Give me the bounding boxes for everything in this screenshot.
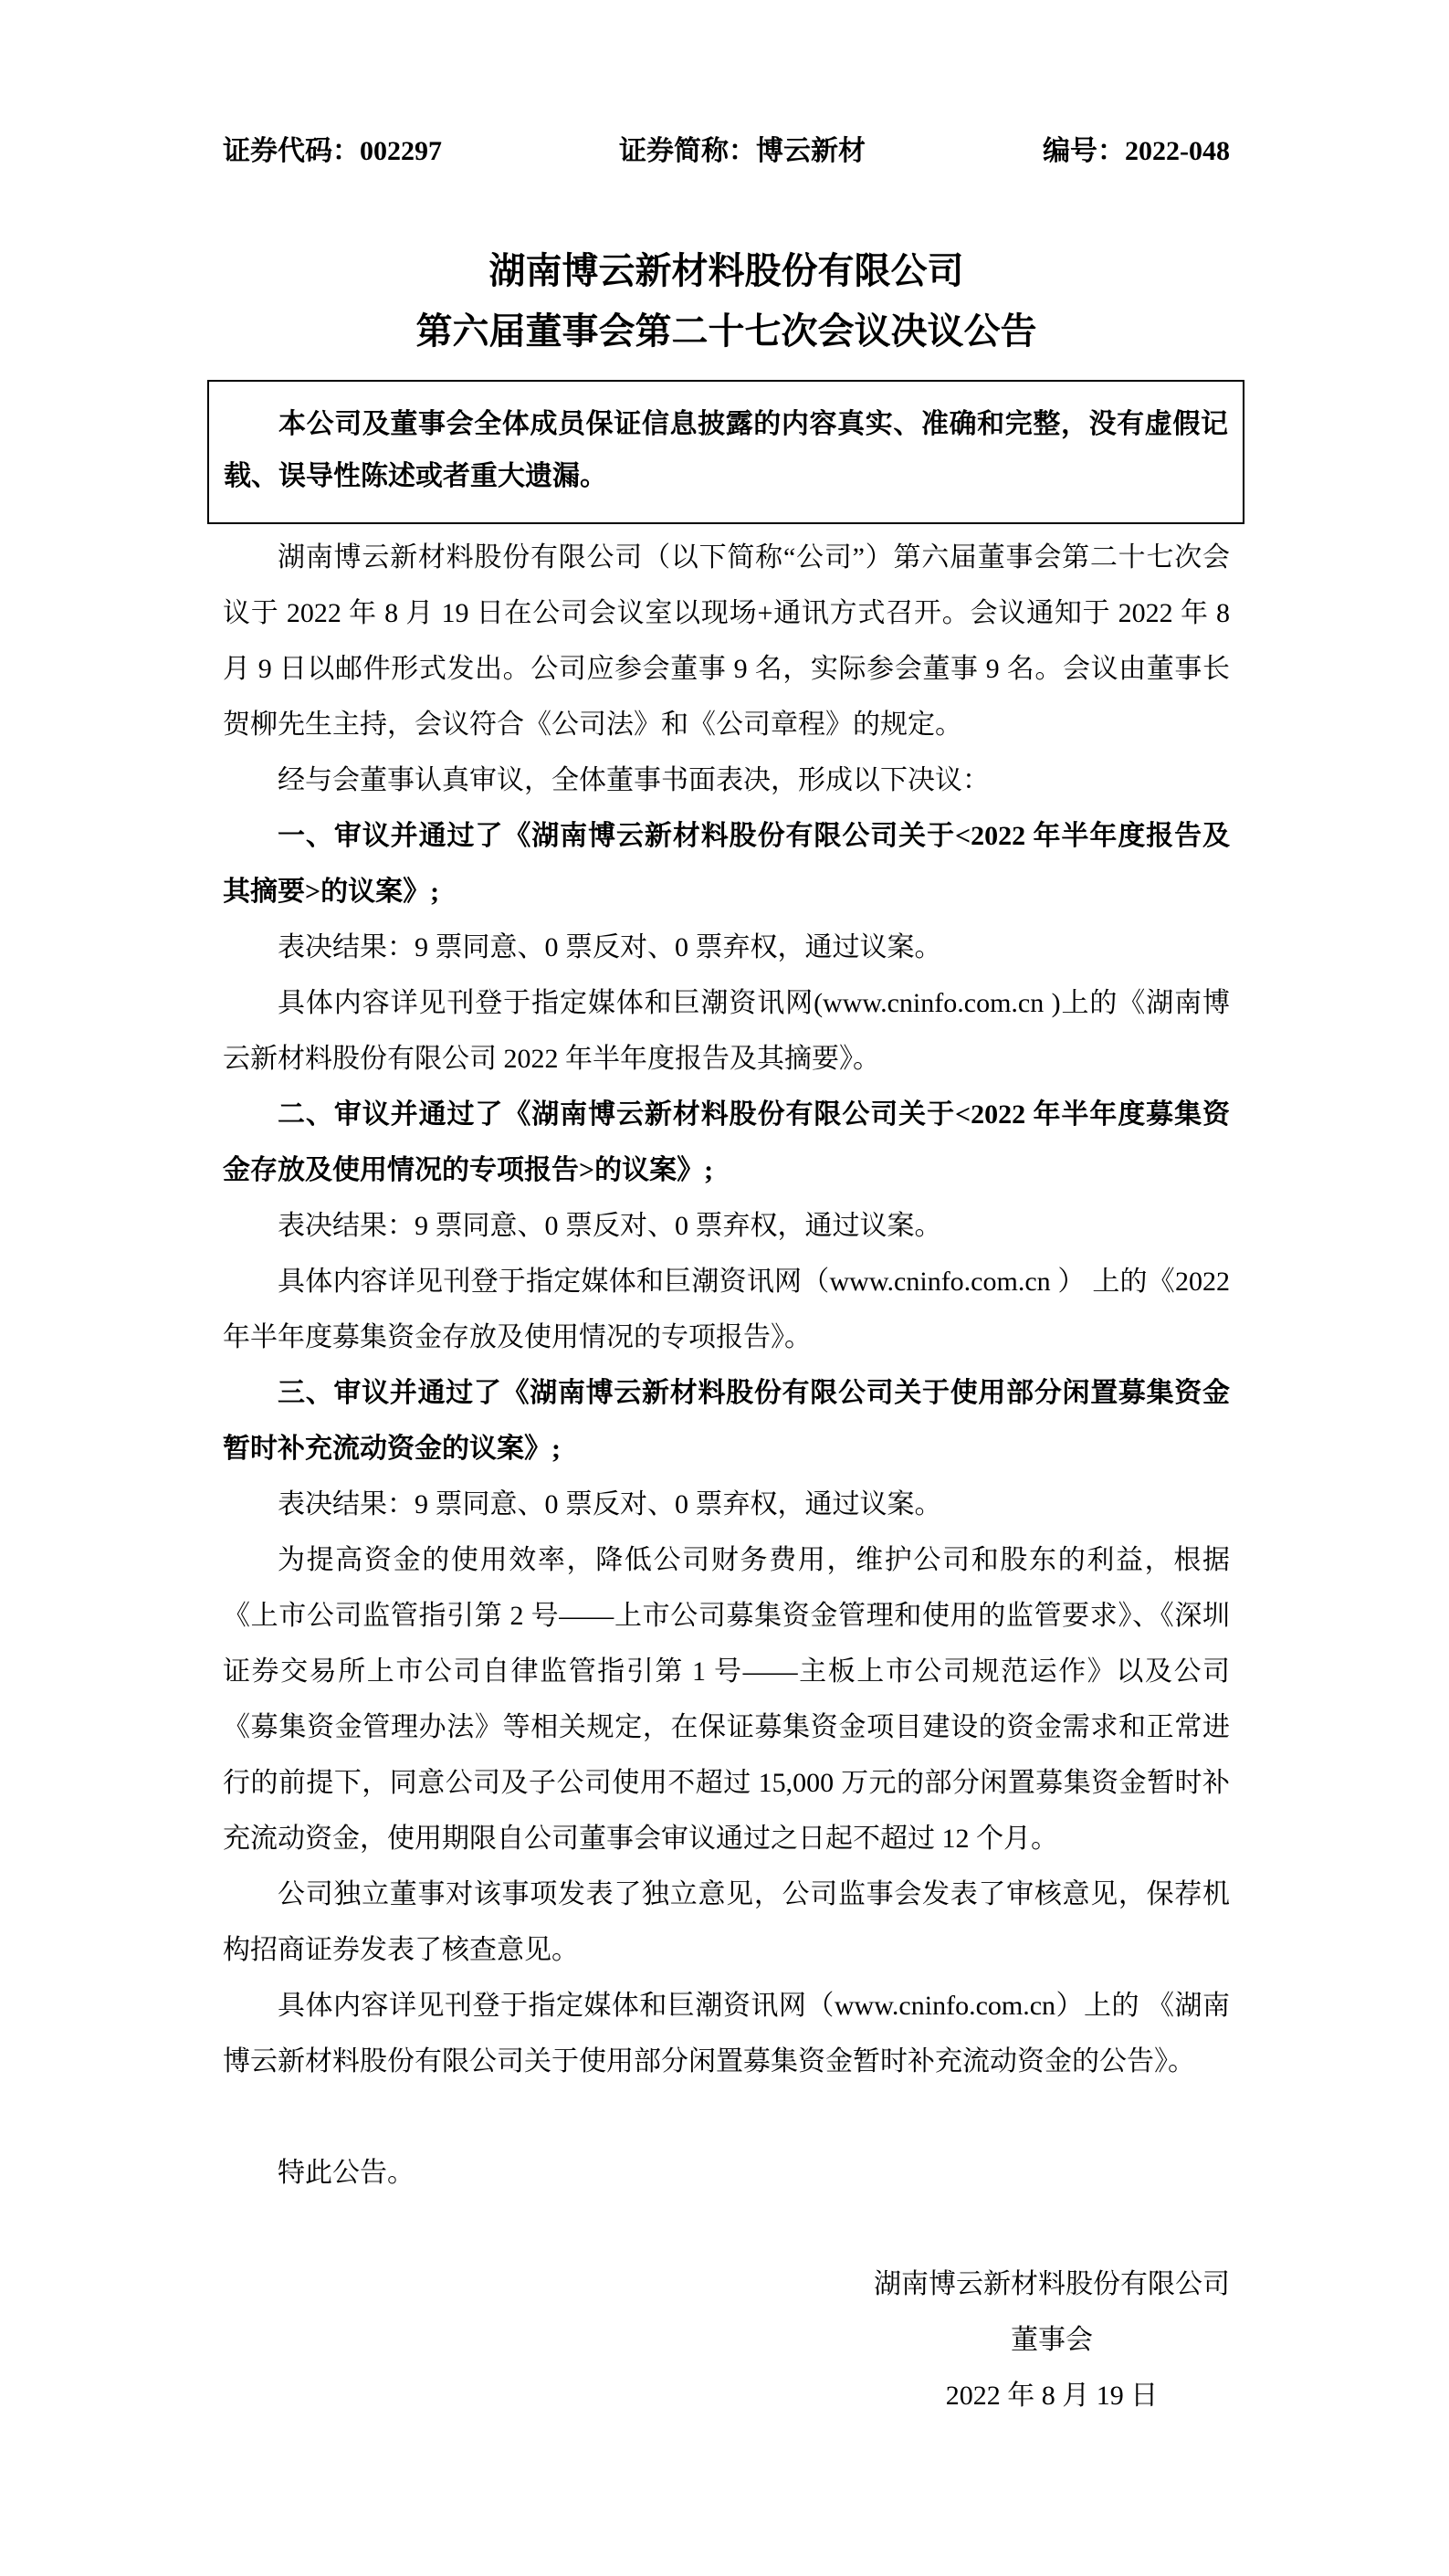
disclaimer-text: 本公司及董事会全体成员保证信息披露的内容真实、准确和完整，没有虚假记载、误导性陈… (224, 409, 1228, 491)
title-block: 湖南博云新材料股份有限公司 第六届董事会第二十七次会议决议公告 (223, 241, 1230, 362)
agenda-2-vote-result: 表决结果：9 票同意、0 票反对、0 票弃权，通过议案。 (223, 1198, 1230, 1254)
intro-paragraph: 湖南博云新材料股份有限公司（以下简称“公司”）第六届董事会第二十七次会议于 20… (223, 530, 1230, 752)
agenda-2-heading: 二、审议并通过了《湖南博云新材料股份有限公司关于<2022 年半年度募集资金存放… (223, 1087, 1230, 1198)
closing-statement: 特此公告。 (223, 2145, 1230, 2201)
agenda-3-opinions-paragraph: 公司独立董事对该事项发表了独立意见，公司监事会发表了审核意见，保荐机构招商证券发… (223, 1866, 1230, 1978)
agenda-1-detail: 具体内容详见刊登于指定媒体和巨潮资讯网(www.cninfo.com.cn )上… (223, 975, 1230, 1087)
signature-company: 湖南博云新材料股份有限公司 (874, 2256, 1230, 2312)
agenda-3-heading: 三、审议并通过了《湖南博云新材料股份有限公司关于使用部分闲置募集资金暂时补充流动… (223, 1365, 1230, 1477)
stock-code-label: 证券代码：002297 (223, 135, 442, 168)
stock-abbreviation-label: 证券简称：博云新材 (619, 135, 866, 168)
announcement-number-label: 编号：2022-048 (1043, 135, 1230, 168)
signature-date: 2022 年 8 月 19 日 (874, 2368, 1230, 2424)
agenda-1-heading: 一、审议并通过了《湖南博云新材料股份有限公司关于<2022 年半年度报告及其摘要… (223, 808, 1230, 920)
disclaimer-box: 本公司及董事会全体成员保证信息披露的内容真实、准确和完整，没有虚假记载、误导性陈… (207, 380, 1244, 524)
signature-block: 湖南博云新材料股份有限公司 董事会 2022 年 8 月 19 日 (874, 2256, 1230, 2424)
agenda-3-reason-paragraph: 为提高资金的使用效率，降低公司财务费用，维护公司和股东的利益，根据《上市公司监管… (223, 1532, 1230, 1866)
agenda-1-vote-result: 表决结果：9 票同意、0 票反对、0 票弃权，通过议案。 (223, 920, 1230, 975)
meeting-resolution-subtitle: 第六届董事会第二十七次会议决议公告 (223, 301, 1230, 362)
announcement-page: 证券代码：002297 证券简称：博云新材 编号：2022-048 湖南博云新材… (0, 0, 1449, 2576)
agenda-2-detail: 具体内容详见刊登于指定媒体和巨潮资讯网（www.cninfo.com.cn ） … (223, 1254, 1230, 1365)
announcement-body: 湖南博云新材料股份有限公司（以下简称“公司”）第六届董事会第二十七次会议于 20… (223, 530, 1230, 2201)
agenda-3-detail: 具体内容详见刊登于指定媒体和巨潮资讯网（www.cninfo.com.cn）上的… (223, 1978, 1230, 2089)
signature-board: 董事会 (874, 2312, 1230, 2368)
document-header-row: 证券代码：002297 证券简称：博云新材 编号：2022-048 (223, 135, 1230, 168)
company-title: 湖南博云新材料股份有限公司 (223, 241, 1230, 301)
resolution-lead-paragraph: 经与会董事认真审议，全体董事书面表决，形成以下决议： (223, 752, 1230, 808)
agenda-3-vote-result: 表决结果：9 票同意、0 票反对、0 票弃权，通过议案。 (223, 1477, 1230, 1532)
